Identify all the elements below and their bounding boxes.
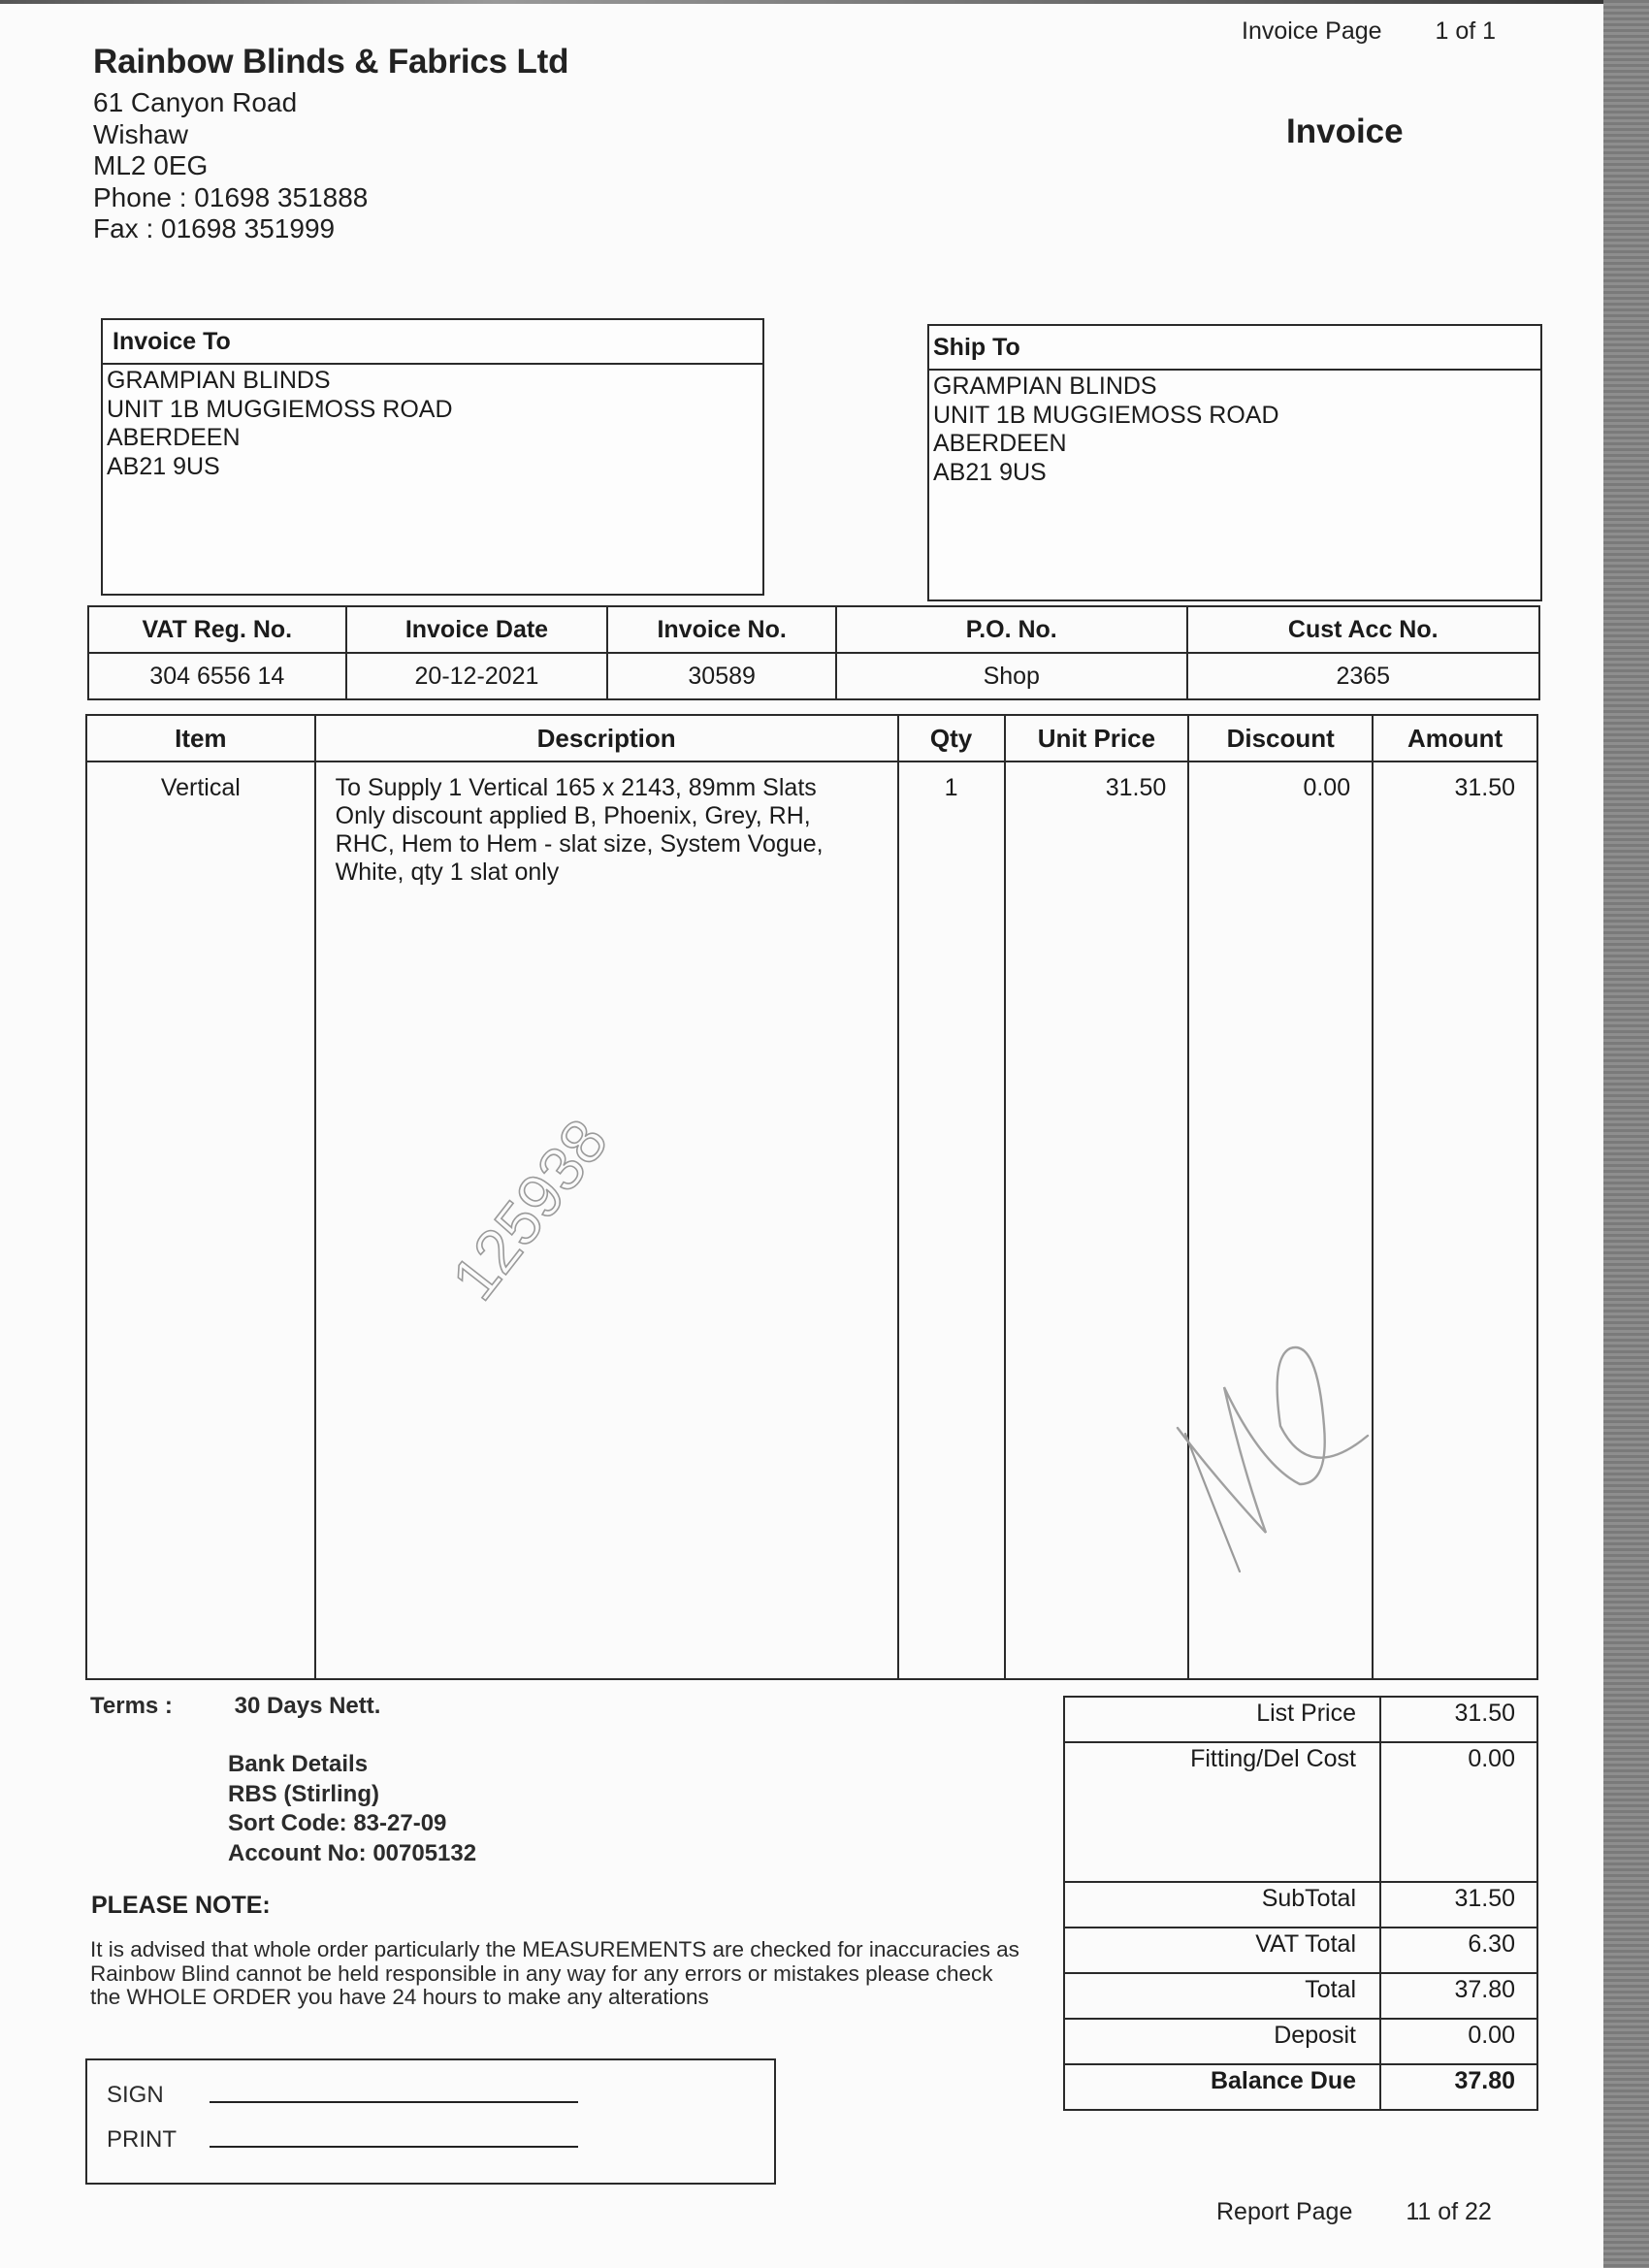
po-no-header: P.O. No. — [836, 606, 1186, 653]
report-page-value: 11 of 22 — [1406, 2198, 1492, 2225]
bank-name: RBS (Stirling) — [228, 1780, 476, 1810]
subtotal-label: SubTotal — [1064, 1882, 1380, 1928]
invoice-info-table: VAT Reg. No. Invoice Date Invoice No. P.… — [87, 605, 1540, 700]
bank-details: Bank Details RBS (Stirling) Sort Code: 8… — [228, 1750, 476, 1868]
table-row: Vertical To Supply 1 Vertical 165 x 2143… — [86, 761, 1537, 1679]
total-label: Total — [1064, 1973, 1380, 2019]
sign-line[interactable] — [210, 2101, 578, 2103]
vat-reg-value: 304 6556 14 — [88, 653, 346, 699]
invoice-date-header: Invoice Date — [346, 606, 608, 653]
ship-to-line: UNIT 1B MUGGIEMOSS ROAD — [933, 402, 1540, 431]
terms-label: Terms : — [90, 1693, 228, 1720]
discount-cell: 0.00 — [1188, 761, 1373, 1679]
sign-row: SIGN — [107, 2082, 164, 2109]
deposit-label: Deposit — [1064, 2019, 1380, 2064]
company-fax: Fax : 01698 351999 — [93, 213, 568, 245]
fitting-del-cost-value: 0.00 — [1380, 1742, 1537, 1882]
cust-acc-value: 2365 — [1187, 653, 1540, 699]
list-price-value: 31.50 — [1380, 1697, 1537, 1742]
payment-terms: Terms : 30 Days Nett. — [90, 1693, 380, 1720]
invoice-page-label: Invoice Page — [1242, 17, 1382, 45]
list-price-label: List Price — [1064, 1697, 1380, 1742]
company-address-line-2: Wishaw — [93, 119, 568, 151]
print-line[interactable] — [210, 2146, 578, 2148]
subtotal-value: 31.50 — [1380, 1882, 1537, 1928]
sign-label: SIGN — [107, 2082, 164, 2108]
balance-due-value: 37.80 — [1380, 2064, 1537, 2110]
totals-table: List Price 31.50 Fitting/Del Cost 0.00 S… — [1063, 1696, 1538, 2111]
qty-cell: 1 — [898, 761, 1005, 1679]
scan-right-edge — [1603, 0, 1649, 2268]
ship-to-label: Ship To — [929, 326, 1540, 371]
invoice-to-label: Invoice To — [103, 320, 762, 365]
po-no-value: Shop — [836, 653, 1186, 699]
please-note-text: It is advised that whole order particula… — [90, 1938, 1021, 2010]
print-label: PRINT — [107, 2126, 177, 2153]
sort-code: Sort Code: 83-27-09 — [228, 1809, 476, 1839]
ship-to-line: GRAMPIAN BLINDS — [933, 373, 1540, 402]
vat-total-label: VAT Total — [1064, 1928, 1380, 1973]
description-header: Description — [315, 715, 898, 761]
line-items-table: Item Description Qty Unit Price Discount… — [85, 714, 1538, 1680]
unit-price-header: Unit Price — [1005, 715, 1189, 761]
print-row: PRINT — [107, 2126, 177, 2154]
company-block: Rainbow Blinds & Fabrics Ltd 61 Canyon R… — [93, 43, 568, 245]
invoice-no-header: Invoice No. — [607, 606, 836, 653]
please-note-heading: PLEASE NOTE: — [91, 1892, 271, 1920]
terms-value: 30 Days Nett. — [235, 1693, 381, 1719]
scan-top-edge — [0, 0, 1649, 4]
deposit-value: 0.00 — [1380, 2019, 1537, 2064]
account-number: Account No: 00705132 — [228, 1839, 476, 1869]
description-cell: To Supply 1 Vertical 165 x 2143, 89mm Sl… — [315, 761, 898, 1679]
company-address-line-3: ML2 0EG — [93, 150, 568, 182]
bank-details-heading: Bank Details — [228, 1750, 476, 1780]
invoice-date-value: 20-12-2021 — [346, 653, 608, 699]
amount-cell: 31.50 — [1373, 761, 1537, 1679]
ship-to-line: ABERDEEN — [933, 430, 1540, 459]
invoice-to-line: GRAMPIAN BLINDS — [107, 367, 762, 396]
discount-header: Discount — [1188, 715, 1373, 761]
invoice-to-line: UNIT 1B MUGGIEMOSS ROAD — [107, 396, 762, 425]
document-title: Invoice — [1286, 113, 1404, 151]
invoice-to-line: AB21 9US — [107, 453, 762, 482]
signature-box: SIGN PRINT — [85, 2058, 776, 2185]
company-address-line-1: 61 Canyon Road — [93, 87, 568, 119]
invoice-no-value: 30589 — [607, 653, 836, 699]
invoice-page-indicator: Invoice Page 1 of 1 — [1242, 17, 1496, 46]
ship-to-box: Ship To GRAMPIAN BLINDS UNIT 1B MUGGIEMO… — [927, 324, 1542, 601]
invoice-to-line: ABERDEEN — [107, 424, 762, 453]
amount-header: Amount — [1373, 715, 1537, 761]
ship-to-line: AB21 9US — [933, 459, 1540, 488]
report-page-indicator: Report Page 11 of 22 — [1216, 2198, 1492, 2226]
unit-price-cell: 31.50 — [1005, 761, 1189, 1679]
invoice-page-value: 1 of 1 — [1436, 17, 1497, 45]
vat-total-value: 6.30 — [1380, 1928, 1537, 1973]
total-value: 37.80 — [1380, 1973, 1537, 2019]
fitting-del-cost-label: Fitting/Del Cost — [1064, 1742, 1380, 1882]
invoice-to-box: Invoice To GRAMPIAN BLINDS UNIT 1B MUGGI… — [101, 318, 764, 596]
balance-due-label: Balance Due — [1064, 2064, 1380, 2110]
company-phone: Phone : 01698 351888 — [93, 182, 568, 214]
item-cell: Vertical — [86, 761, 315, 1679]
report-page-label: Report Page — [1216, 2198, 1352, 2225]
vat-reg-header: VAT Reg. No. — [88, 606, 346, 653]
item-header: Item — [86, 715, 315, 761]
cust-acc-header: Cust Acc No. — [1187, 606, 1540, 653]
qty-header: Qty — [898, 715, 1005, 761]
company-name: Rainbow Blinds & Fabrics Ltd — [93, 43, 568, 81]
